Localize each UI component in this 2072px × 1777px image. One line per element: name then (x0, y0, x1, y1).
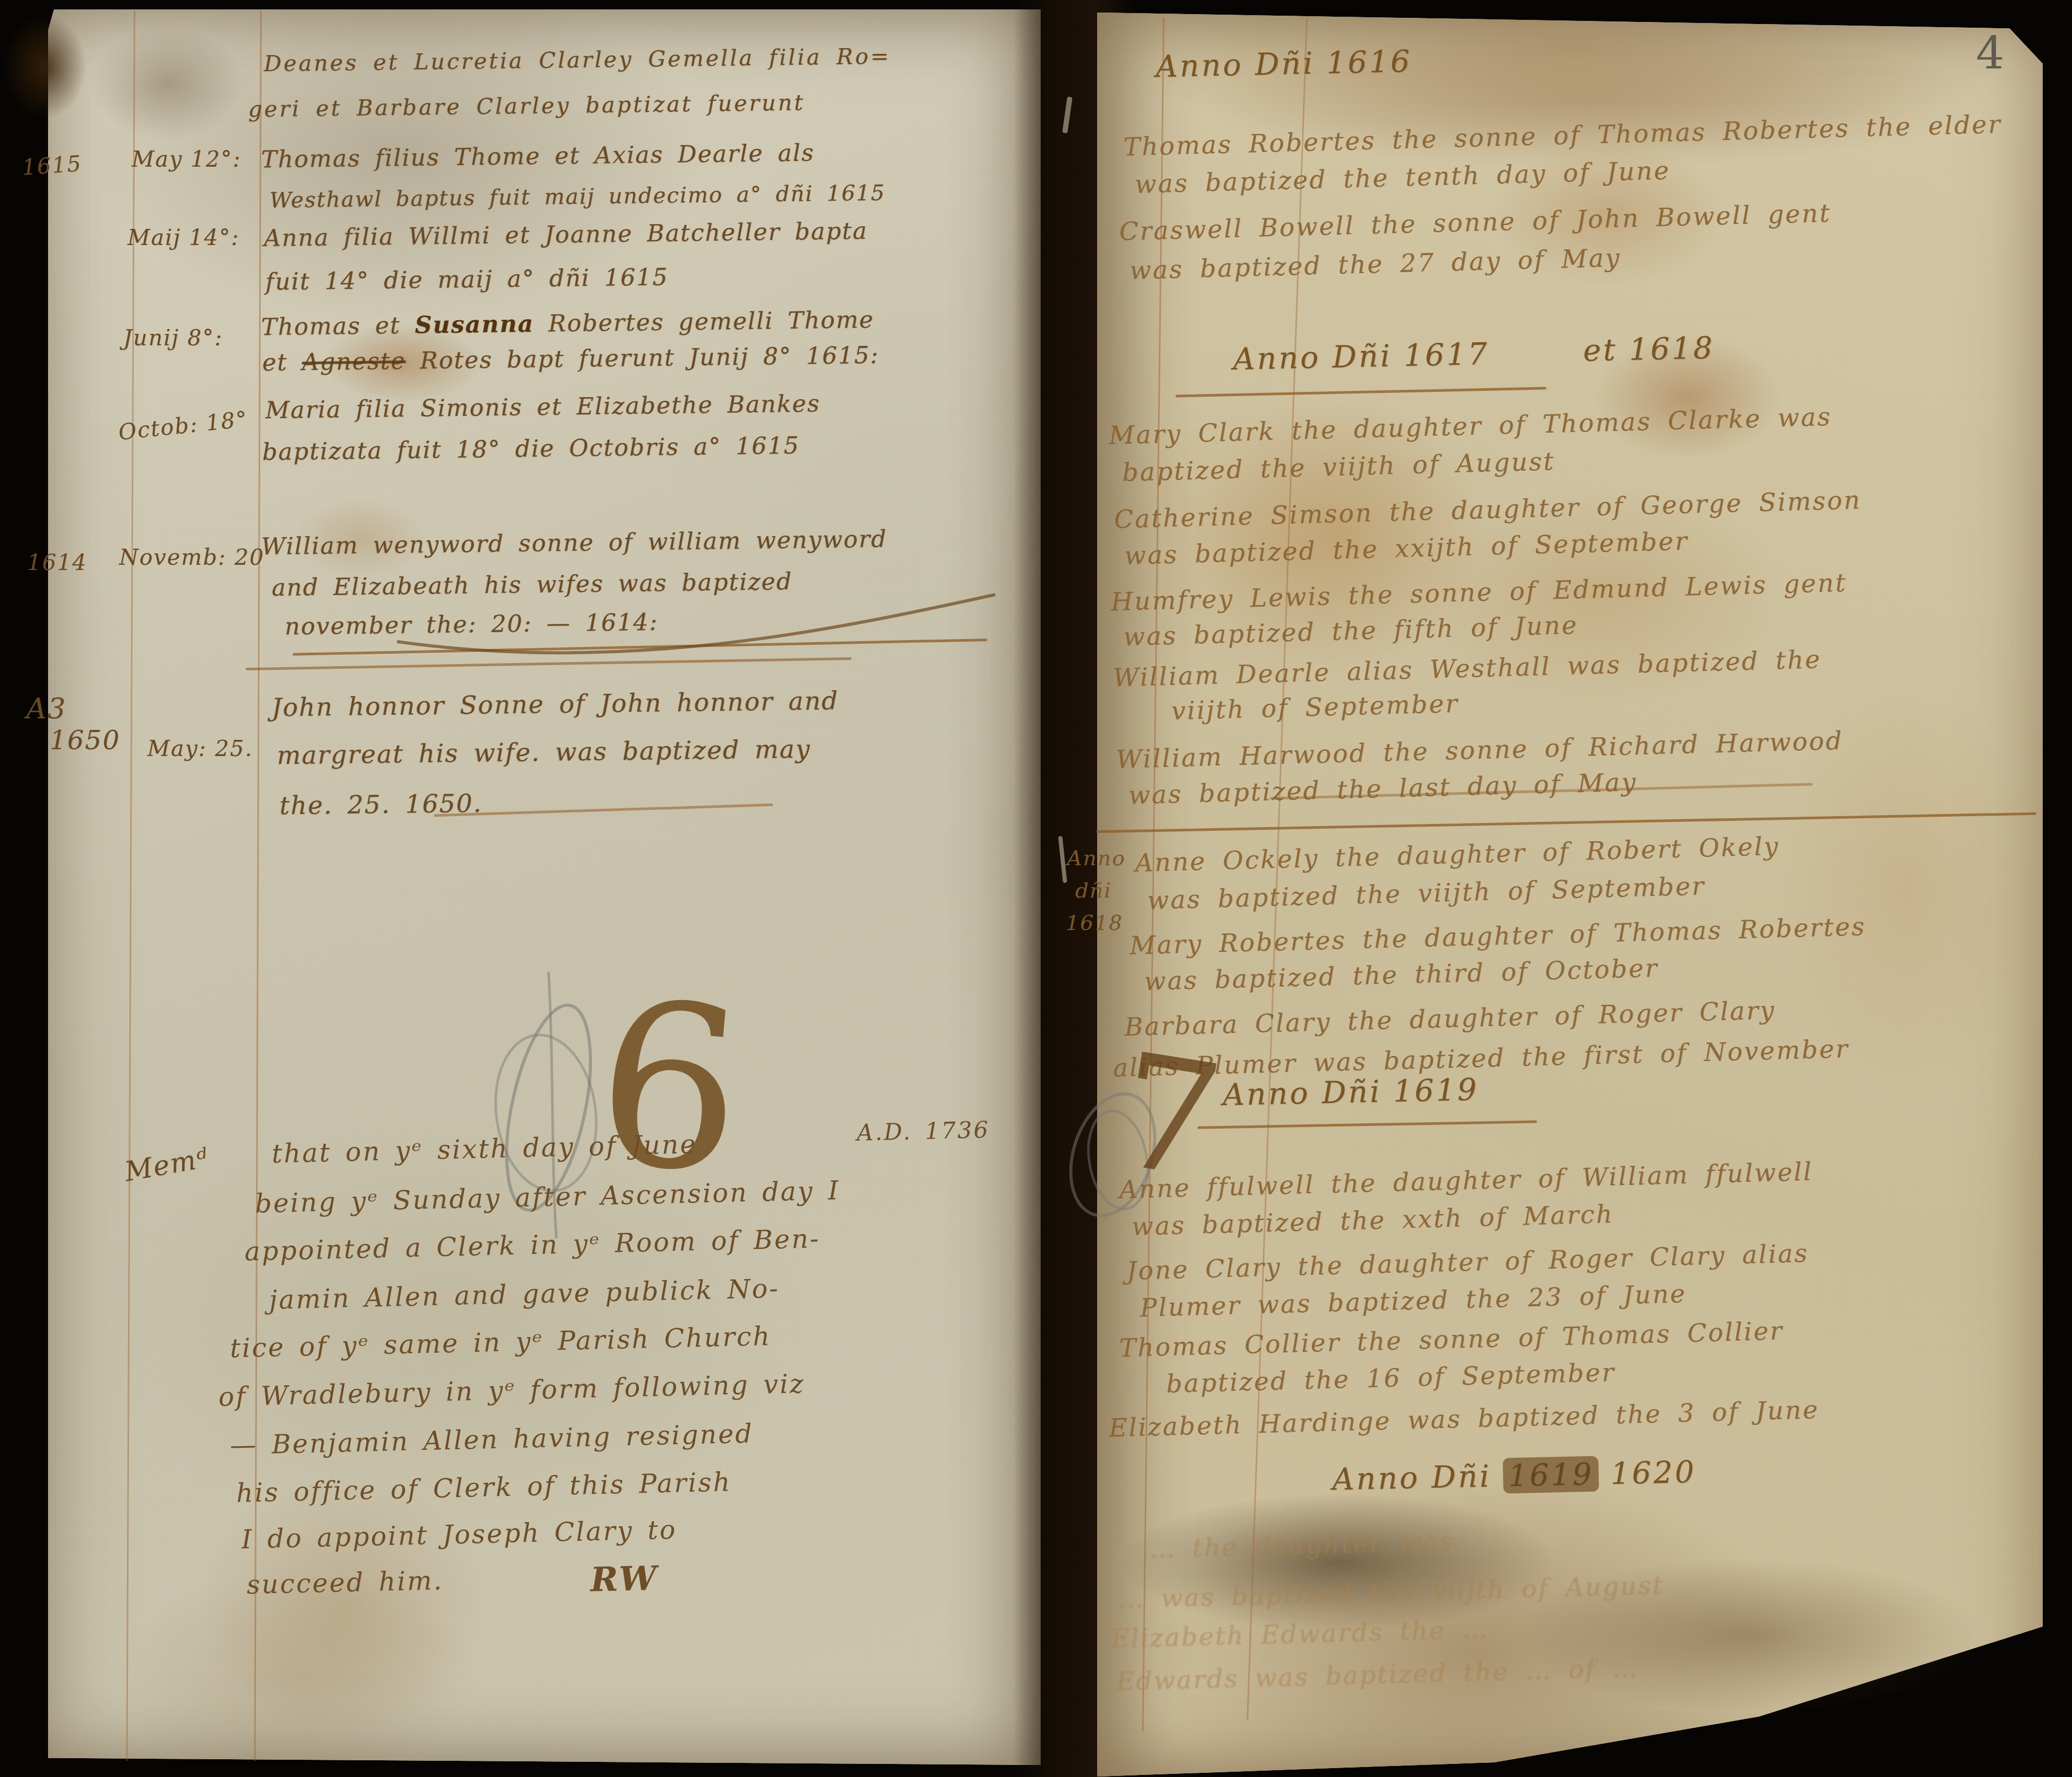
memo-date: A.D. 1736 (856, 1117, 990, 1146)
anno-heading-1618-suffix: et 1618 (1582, 330, 1715, 368)
memo-initials: RW (590, 1559, 658, 1600)
margin-note-line: dñi (1075, 879, 1112, 903)
heading-text: Anno Dñi (1332, 1458, 1492, 1497)
page-number-ink: 6 (589, 970, 751, 1206)
heading-year: 1620 (1610, 1454, 1696, 1491)
folio-number-pencil: 4 (1976, 27, 2005, 79)
anno-heading-1619: Anno Dñi 1619 (1222, 1072, 1479, 1112)
margin-note-line: 1618 (1066, 911, 1123, 935)
blotted-year: 1619 (1503, 1456, 1599, 1494)
anno-heading-1616: Anno Dñi 1616 (1155, 43, 1412, 84)
memo-line: succeed him. (246, 1565, 444, 1600)
manuscript-scan: Deanes et Lucretia Clarley Gemella filia… (0, 0, 2072, 1777)
anno-heading-1620: Anno Dñi 1619 1620 (1332, 1454, 1696, 1497)
anno-heading-1617: Anno Dñi 1617 (1232, 336, 1489, 377)
margin-note-line: Anno (1067, 846, 1126, 870)
